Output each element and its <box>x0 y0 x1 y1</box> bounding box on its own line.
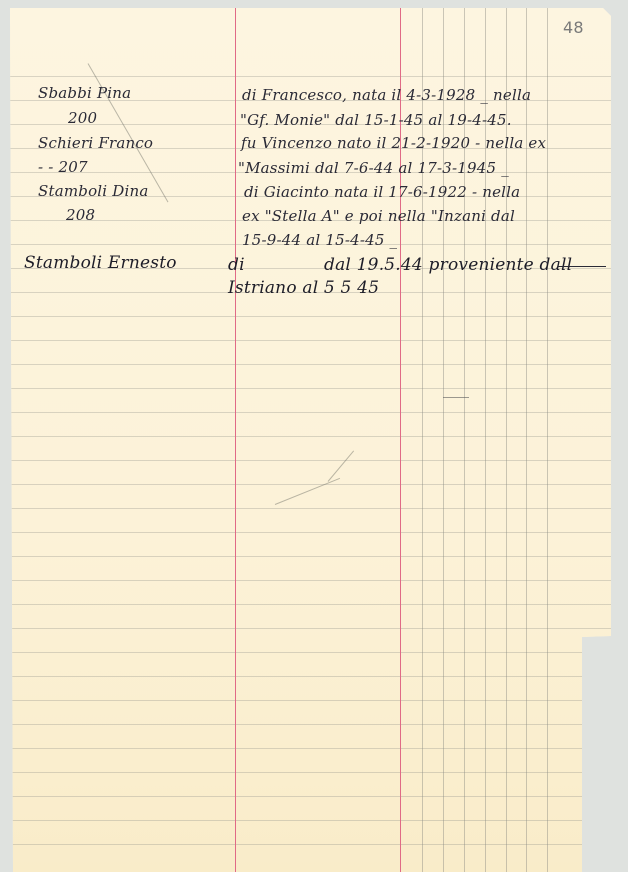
rule-line <box>10 724 611 725</box>
rule-line <box>10 532 611 533</box>
rule-line <box>10 652 611 653</box>
rule-line <box>10 412 611 413</box>
entry-line: dal 19.5.44 proveniente dall <box>324 255 572 275</box>
rule-line <box>10 820 611 821</box>
pencil-dash <box>443 397 469 398</box>
entry-name: Schieri Franco <box>38 134 153 152</box>
margin-line-left <box>235 8 236 872</box>
rule-line <box>10 628 611 629</box>
entry-line: "Gf. Monie" dal 15-1-45 al 19-4-45. <box>240 111 512 129</box>
rule-line <box>10 508 611 509</box>
pencil-stroke <box>275 478 340 505</box>
entry-number: 200 <box>68 109 97 127</box>
rule-line <box>10 772 611 773</box>
rule-line <box>10 604 611 605</box>
entry-line: di Giacinto nata il 17-6-1922 - nella <box>244 183 520 201</box>
entry-line: 15-9-44 al 15-4-45 _ <box>242 231 397 249</box>
entry-line: ex "Stella A" e poi nella "Inzani dal <box>242 207 515 225</box>
entry-name: Sbabbi Pina <box>38 84 131 102</box>
entry-number: - - 207 <box>38 158 88 176</box>
pencil-stroke <box>328 451 354 482</box>
rule-line <box>10 796 611 797</box>
entry-line: di Francesco, nata il 4-3-1928 _ nella <box>242 86 531 104</box>
rule-line <box>10 364 611 365</box>
rule-line <box>10 436 611 437</box>
entry-number: 208 <box>66 206 95 224</box>
entry-line: di <box>228 255 245 275</box>
entry-name: Stamboli Ernesto <box>24 253 177 273</box>
entry-line: fu Vincenzo nato il 21-2-1920 - nella ex <box>241 134 546 152</box>
rule-line <box>10 484 611 485</box>
entry-line: "Massimi dal 7-6-44 al 17-3-1945 _ <box>238 159 509 177</box>
rule-line <box>10 316 611 317</box>
rule-line <box>10 460 611 461</box>
strikethrough <box>558 266 606 267</box>
rule-line <box>10 388 611 389</box>
grid-column-line <box>547 8 548 872</box>
rule-line <box>10 580 611 581</box>
rule-line <box>10 76 611 77</box>
ledger-page: 48 Sbabbi Pina 200 di Francesco, nata il… <box>10 8 611 872</box>
entry-line: Istriano al 5 5 45 <box>228 278 379 298</box>
rule-line <box>10 676 611 677</box>
rule-line <box>10 700 611 701</box>
folio-number: 48 <box>563 18 584 37</box>
rule-line <box>10 748 611 749</box>
rule-line <box>10 340 611 341</box>
rule-line <box>10 844 611 845</box>
rule-line <box>10 556 611 557</box>
entry-name: Stamboli Dina <box>38 182 149 200</box>
